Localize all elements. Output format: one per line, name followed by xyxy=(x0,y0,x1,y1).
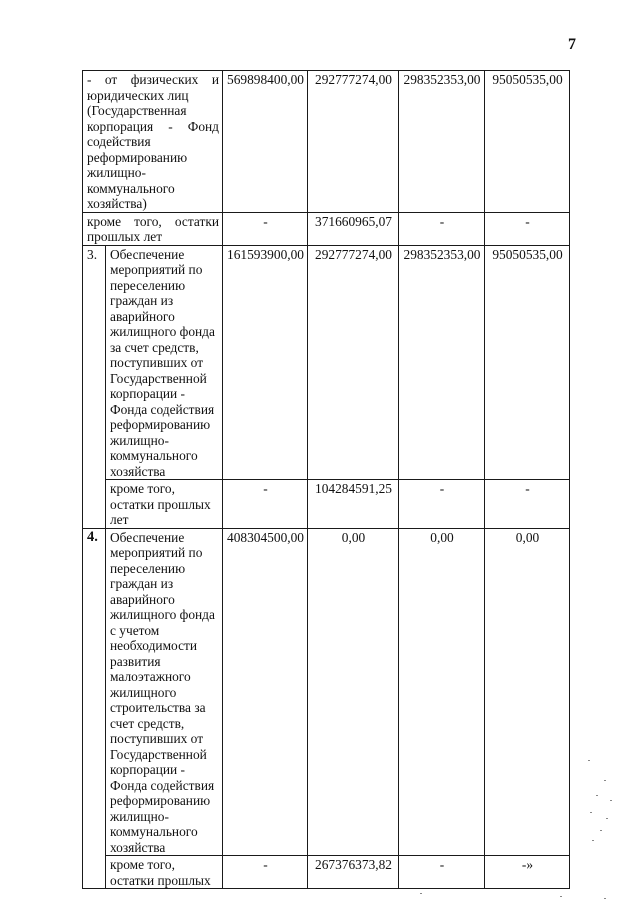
table-row: кроме того, остаткипрошлых лет-371660965… xyxy=(83,212,570,245)
table-row: кроме того,остатки прошлыхлет-104284591,… xyxy=(83,480,570,529)
amount-cell: 104284591,25 xyxy=(308,480,399,529)
label-line: остатки прошлых xyxy=(110,497,219,513)
amount-cell: 292777274,00 xyxy=(308,245,399,480)
amount-cell: - xyxy=(399,212,485,245)
label-line: граждан из xyxy=(110,576,219,592)
amount-cell: 267376373,82 xyxy=(308,856,399,889)
amount-cell: 298352353,00 xyxy=(399,71,485,213)
amount-cell: - xyxy=(485,480,570,529)
label-line: Фонда содействия xyxy=(110,402,219,418)
label-line: - от физических и xyxy=(87,72,219,88)
financing-table: - от физических июридических лиц(Государ… xyxy=(82,70,570,889)
amount-cell: 0,00 xyxy=(399,528,485,856)
amount-cell: - xyxy=(485,212,570,245)
label-line: Обеспечение xyxy=(110,530,219,546)
label-line: коммунального xyxy=(110,824,219,840)
amount-cell: 0,00 xyxy=(485,528,570,856)
label-line: прошлых лет xyxy=(87,229,219,245)
label-line: строительства за xyxy=(110,700,219,716)
label-line: развития xyxy=(110,654,219,670)
amount-cell: - xyxy=(399,856,485,889)
label-line: кроме того, xyxy=(110,857,219,873)
table-row: 3.Обеспечениемероприятий попереселениюгр… xyxy=(83,245,570,480)
label-line: необходимости xyxy=(110,638,219,654)
amount-cell: 0,00 xyxy=(308,528,399,856)
label-line: корпорация - Фонд xyxy=(87,119,219,135)
label-line: жилищного xyxy=(110,685,219,701)
amount-cell: 161593900,00 xyxy=(223,245,308,480)
row-label: кроме того,остатки прошлыхлет xyxy=(106,480,223,529)
amount-cell: - xyxy=(223,856,308,889)
label-line: с учетом xyxy=(110,623,219,639)
label-line: поступивших от xyxy=(110,355,219,371)
table-row: - от физических июридических лиц(Государ… xyxy=(83,71,570,213)
label-line: счет средств, xyxy=(110,716,219,732)
amount-cell: 292777274,00 xyxy=(308,71,399,213)
amount-cell: 298352353,00 xyxy=(399,245,485,480)
label-line: Обеспечение xyxy=(110,247,219,263)
label-line: кроме того, остатки xyxy=(87,214,219,230)
label-line: жилищного фонда xyxy=(110,607,219,623)
row-number: 4. xyxy=(83,528,106,889)
page-number: 7 xyxy=(568,36,576,54)
amount-cell: - xyxy=(223,212,308,245)
label-line: корпорации - xyxy=(110,386,219,402)
label-line: Государственной xyxy=(110,371,219,387)
label-line: поступивших от xyxy=(110,731,219,747)
label-line: коммунального xyxy=(110,448,219,464)
label-line: остатки прошлых xyxy=(110,873,219,889)
label-line: реформированию xyxy=(110,417,219,433)
amount-cell: 408304500,00 xyxy=(223,528,308,856)
label-line: коммунального xyxy=(87,181,219,197)
amount-cell: - xyxy=(223,480,308,529)
label-line: реформированию xyxy=(87,150,219,166)
amount-cell: - xyxy=(399,480,485,529)
label-line: хозяйства xyxy=(110,464,219,480)
row-label: Обеспечениемероприятий попереселениюграж… xyxy=(106,245,223,480)
amount-cell: 95050535,00 xyxy=(485,245,570,480)
row-label: Обеспечениемероприятий попереселениюграж… xyxy=(106,528,223,856)
label-line: реформированию xyxy=(110,793,219,809)
label-line: переселению xyxy=(110,561,219,577)
label-line: аварийного xyxy=(110,592,219,608)
amount-cell: 95050535,00 xyxy=(485,71,570,213)
label-line: корпорации - xyxy=(110,762,219,778)
label-line: граждан из xyxy=(110,293,219,309)
table-row: 4.Обеспечениемероприятий попереселениюгр… xyxy=(83,528,570,856)
label-line: лет xyxy=(110,512,219,528)
amount-cell: 371660965,07 xyxy=(308,212,399,245)
label-line: мероприятий по xyxy=(110,545,219,561)
row-label: кроме того,остатки прошлых xyxy=(106,856,223,889)
label-line: жилищно- xyxy=(110,433,219,449)
label-line: юридических лиц xyxy=(87,88,219,104)
label-line: хозяйства) xyxy=(87,196,219,212)
label-line: жилищно- xyxy=(110,809,219,825)
label-line: кроме того, xyxy=(110,481,219,497)
label-line: аварийного xyxy=(110,309,219,325)
label-line: малоэтажного xyxy=(110,669,219,685)
label-line: (Государственная xyxy=(87,103,219,119)
label-line: переселению xyxy=(110,278,219,294)
row-label: - от физических июридических лиц(Государ… xyxy=(83,71,223,213)
label-line: мероприятий по xyxy=(110,262,219,278)
row-label: кроме того, остаткипрошлых лет xyxy=(83,212,223,245)
label-line: содействия xyxy=(87,134,219,150)
label-line: за счет средств, xyxy=(110,340,219,356)
label-line: Фонда содействия xyxy=(110,778,219,794)
amount-cell: -» xyxy=(485,856,570,889)
table-row: кроме того,остатки прошлых-267376373,82-… xyxy=(83,856,570,889)
row-number: 3. xyxy=(83,245,106,528)
label-line: Государственной xyxy=(110,747,219,763)
amount-cell: 569898400,00 xyxy=(223,71,308,213)
label-line: жилищного фонда xyxy=(110,324,219,340)
label-line: жилищно- xyxy=(87,165,219,181)
label-line: хозяйства xyxy=(110,840,219,856)
